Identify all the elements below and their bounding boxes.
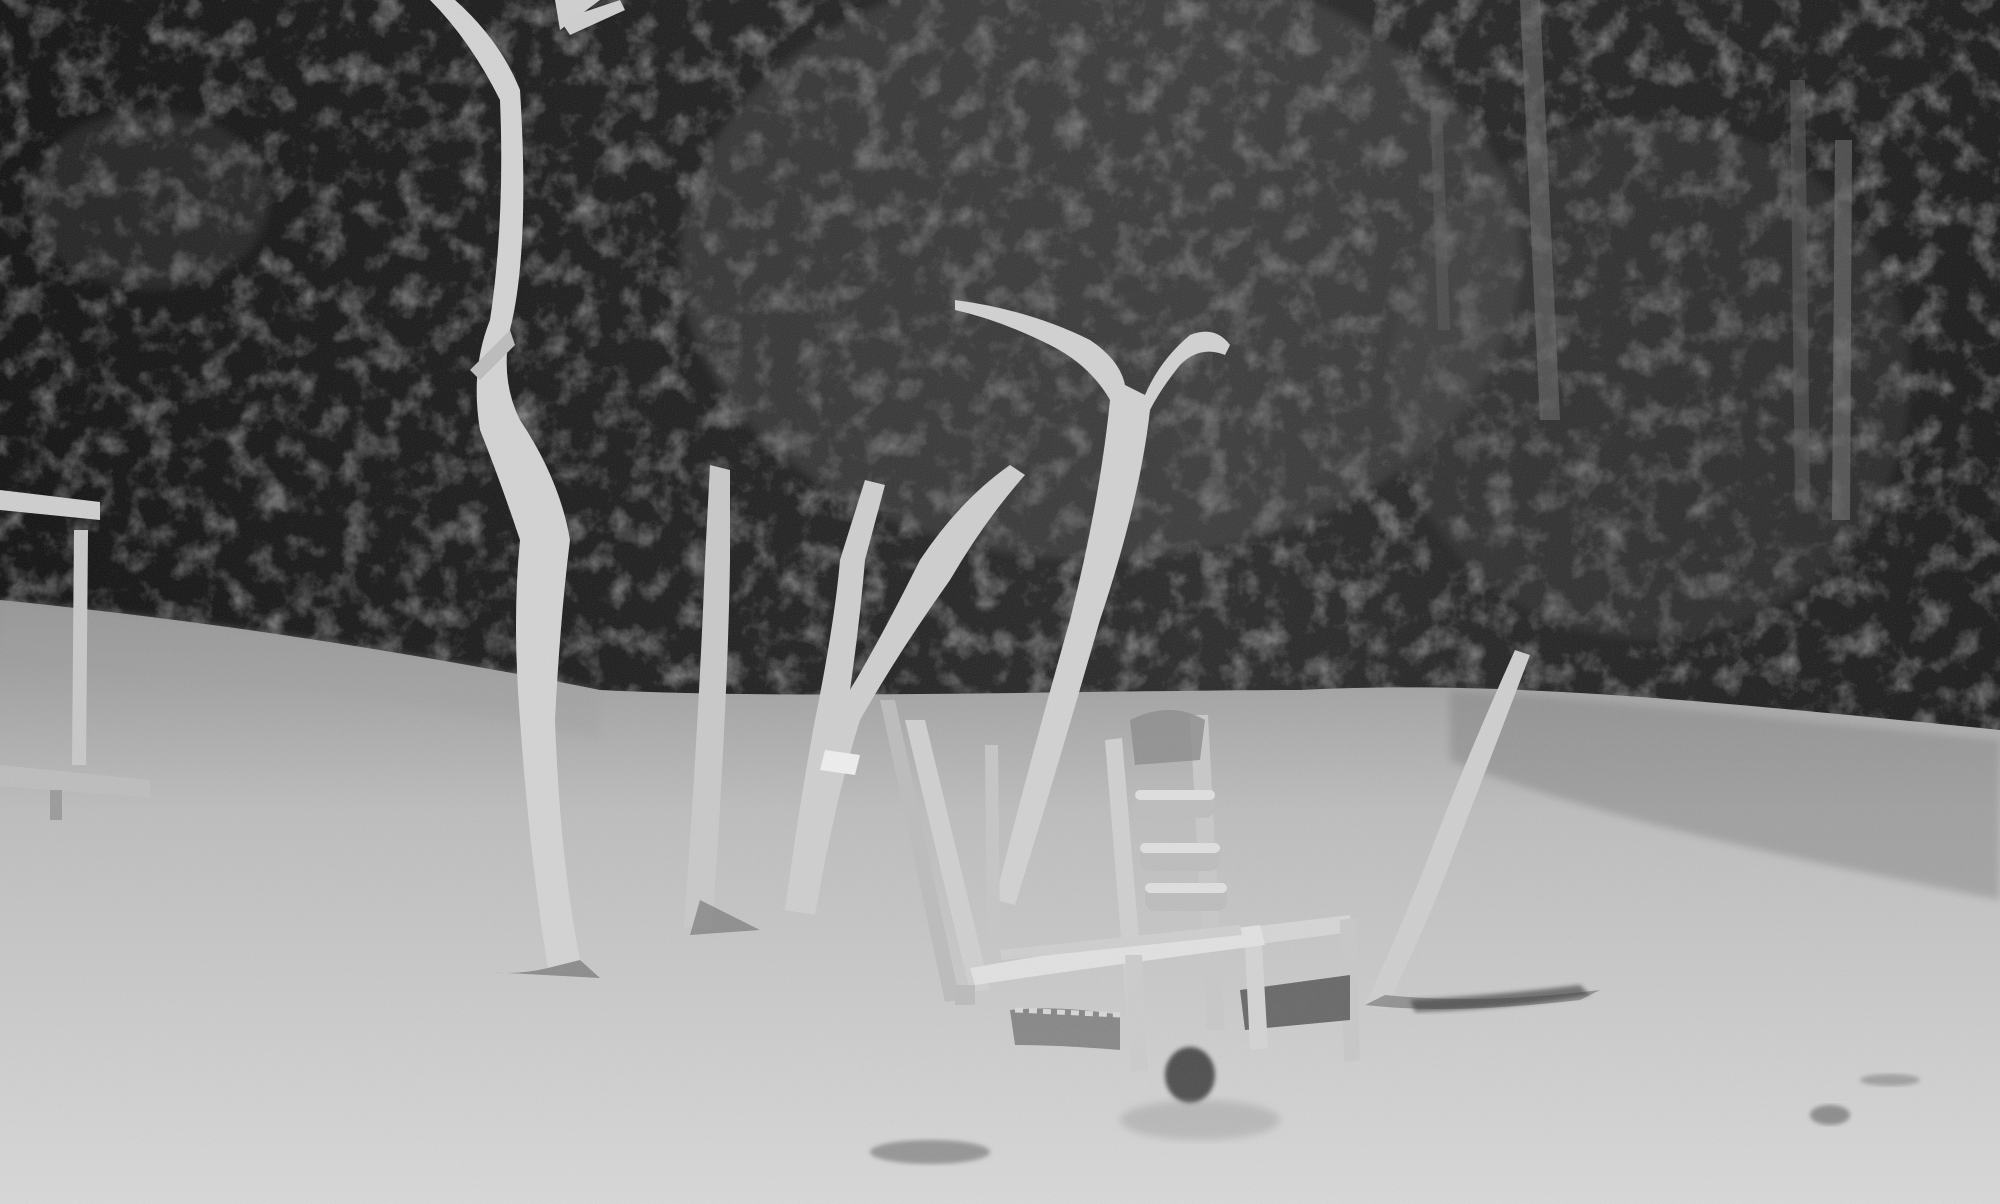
photograph: Black-and-white photograph of rustic woo… [0,0,2000,1204]
film-grain [0,0,2000,1204]
scene [0,0,2000,1204]
